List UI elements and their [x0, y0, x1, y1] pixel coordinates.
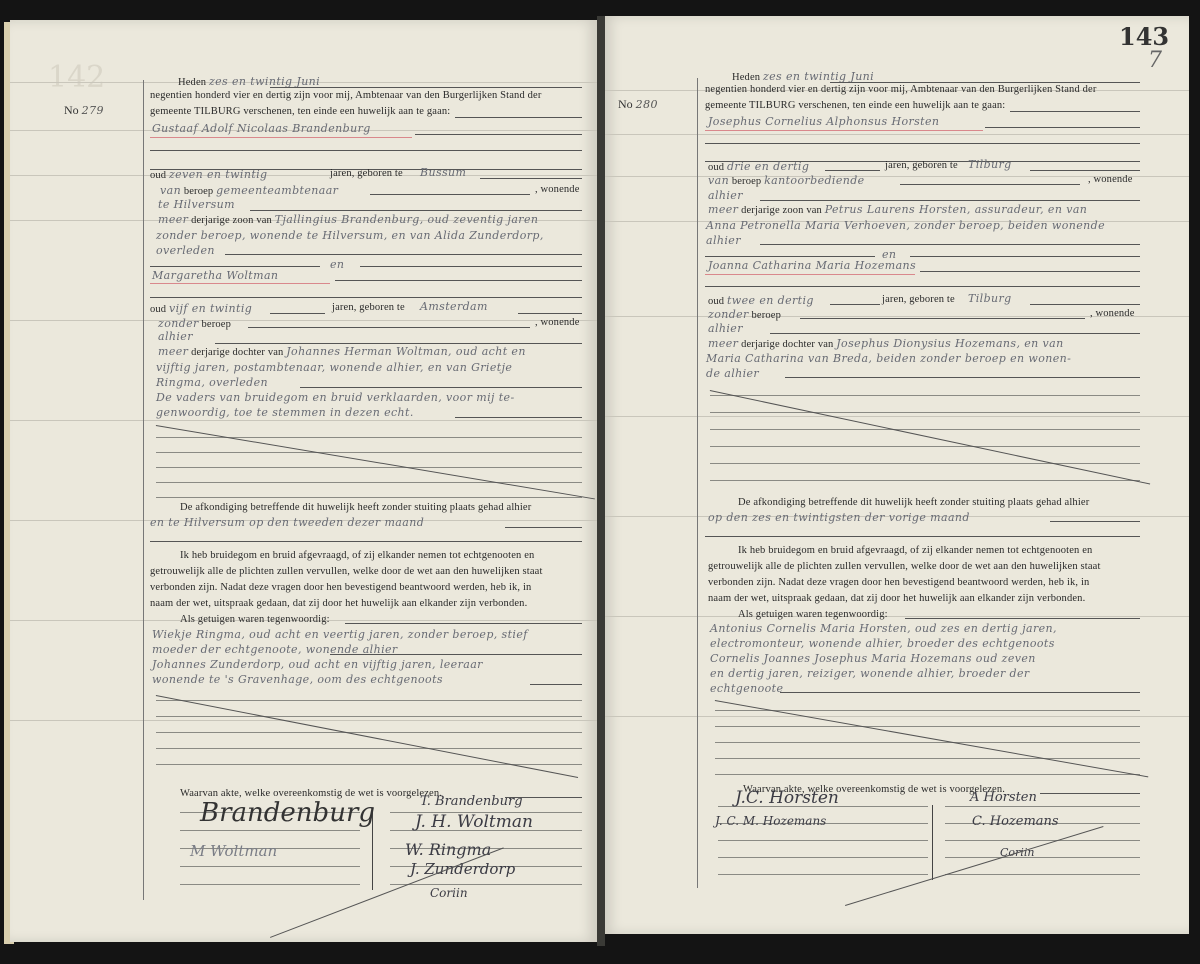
printed-label: , wonende [1090, 308, 1135, 319]
declaration-line: Ik heb bruidegom en bruid afgevraagd, of… [180, 550, 534, 561]
bride-name: Margaretha Woltman [152, 269, 278, 282]
witness-line: echtgenoote [710, 682, 783, 695]
declaration-line: verbonden zijn. Nadat deze vragen door h… [150, 582, 531, 593]
witness-line: Antonius Cornelis Maria Horsten, oud zes… [710, 622, 1057, 635]
signature-parent: J. H. Woltman [415, 812, 533, 832]
printed-label: jaren, geboren te [882, 294, 955, 305]
signature-groom: J.C. Horsten [735, 788, 839, 808]
name-underline [705, 130, 983, 131]
page-mark: 7 [1148, 48, 1162, 73]
groom-name: Gustaaf Adolf Nicolaas Brandenburg [152, 122, 371, 135]
afkondiging-location: en te Hilversum op den tweeden dezer maa… [150, 516, 424, 529]
signature-bride: J. C. M. Hozemans [715, 814, 826, 828]
afkondiging-text: De afkondiging betreffende dit huwelijk … [738, 497, 1089, 508]
bride-parents-line-2: Maria Catharina van Breda, beiden zonder… [706, 352, 1071, 365]
bride-parents-line-3: de alhier [706, 367, 759, 380]
conjunction-en: en [330, 258, 344, 271]
witnesses-label: Als getuigen waren tegenwoordig: [738, 609, 888, 620]
book-spine [597, 16, 605, 946]
signature-parent: T. Brandenburg [420, 794, 523, 809]
declaration-line: naam der wet, uitspraak gedaan, dat zij … [150, 598, 527, 609]
printed-label: jaren, geboren te [332, 302, 405, 313]
printed-label: , wonende [535, 184, 580, 195]
groom-parents-line: meer derjarige zoon van Tjallingius Bran… [158, 213, 538, 226]
signature-groom: Brandenburg [200, 798, 375, 828]
declaration-line: naam der wet, uitspraak gedaan, dat zij … [708, 593, 1085, 604]
groom-occupation-line: van beroep gemeenteambtenaar [160, 184, 338, 197]
groom-birthplace: Bussum [420, 166, 466, 179]
witness-line: Cornelis Joannes Josephus Maria Hozemans… [710, 652, 1036, 665]
bride-age-line: oud vijf en twintig [150, 302, 252, 315]
printed-line: negentien honderd vier en dertig zijn vo… [705, 84, 1096, 95]
entry-number: No 280 [618, 97, 658, 112]
groom-name: Josephus Cornelius Alphonsus Horsten [708, 115, 939, 128]
witness-line: en dertig jaren, reiziger, wonende alhie… [710, 667, 1030, 680]
bride-birthplace: Tilburg [968, 292, 1012, 305]
witness-line: wonende te 's Gravenhage, oom des echtge… [152, 673, 443, 686]
witnesses-label: Als getuigen waren tegenwoordig: [180, 614, 330, 625]
margin-rule [697, 78, 698, 888]
margin-rule [143, 80, 144, 900]
bride-residence: alhier [708, 322, 743, 335]
printed-line: negentien honderd vier en dertig zijn vo… [150, 90, 541, 101]
bride-parents-line: meer derjarige dochter van Johannes Herm… [158, 345, 526, 358]
bride-birthplace: Amsterdam [420, 300, 488, 313]
bride-occupation-line: zonder beroep [158, 317, 231, 330]
groom-parents-line-3: overleden [156, 244, 215, 257]
groom-birthplace: Tilburg [968, 158, 1012, 171]
groom-parents-line: meer derjarige zoon van Petrus Laurens H… [708, 203, 1087, 216]
groom-residence: alhier [708, 189, 743, 202]
name-underline [705, 274, 915, 275]
printed-line: gemeente TILBURG verschenen, ten einde e… [705, 100, 1005, 111]
page-number: 143 [1119, 22, 1169, 51]
signature-bride: M Woltman [190, 842, 277, 860]
declaration-line: getrouwelijk alle de plichten zullen ver… [150, 566, 543, 577]
bride-parents-line-3: Ringma, overleden [156, 376, 268, 389]
consent-note-2: genwoordig, toe te stemmen in dezen echt… [156, 406, 414, 419]
signature-witness: A Horsten [970, 790, 1037, 805]
bride-occupation-line: zonder beroep [708, 308, 781, 321]
witness-line: Wiekje Ringma, oud acht en veertig jaren… [152, 628, 528, 641]
bride-name: Joanna Catharina Maria Hozemans [708, 259, 916, 272]
signature-witness: C. Hozemans [972, 814, 1059, 829]
ghost-page-number: 142 [48, 60, 105, 95]
name-underline [150, 283, 330, 284]
printed-label: jaren, geboren te [885, 160, 958, 171]
groom-age-line: oud zeven en twintig [150, 168, 268, 181]
signature-official: Coriin [430, 886, 468, 900]
afkondiging-text: De afkondiging betreffende dit huwelijk … [180, 502, 531, 513]
entry-number: No 279 [64, 103, 104, 118]
bride-parents-line: meer derjarige dochter van Josephus Dion… [708, 337, 1064, 350]
declaration-line: Ik heb bruidegom en bruid afgevraagd, of… [738, 545, 1092, 556]
witness-line: Johannes Zunderdorp, oud acht en vijftig… [152, 658, 483, 671]
witness-line: electromonteur, wonende alhier, broeder … [710, 637, 1055, 650]
bride-age-line: oud twee en dertig [708, 294, 814, 307]
name-underline [150, 137, 412, 138]
declaration-line: getrouwelijk alle de plichten zullen ver… [708, 561, 1101, 572]
groom-parents-line-2: Anna Petronella Maria Verhoeven, zonder … [706, 219, 1105, 232]
bride-residence: alhier [158, 330, 193, 343]
afkondiging-location: op den zes en twintigsten der vorige maa… [708, 511, 970, 524]
printed-label: jaren, geboren te [330, 168, 403, 179]
printed-label: , wonende [1088, 174, 1133, 185]
groom-parents-line-2: zonder beroep, wonende te Hilversum, en … [156, 229, 544, 242]
groom-age-line: oud drie en dertig [708, 160, 809, 173]
printed-line: gemeente TILBURG verschenen, ten einde e… [150, 106, 450, 117]
consent-note-1: De vaders van bruidegom en bruid verklaa… [156, 391, 515, 404]
groom-parents-line-3: alhier [706, 234, 741, 247]
printed-label: , wonende [535, 317, 580, 328]
right-page [603, 16, 1189, 934]
bride-parents-line-2: vijftig jaren, postambtenaar, wonende al… [156, 361, 512, 374]
declaration-line: verbonden zijn. Nadat deze vragen door h… [708, 577, 1089, 588]
groom-occupation-line: van beroep kantoorbediende [708, 174, 865, 187]
groom-residence: te Hilversum [158, 198, 235, 211]
